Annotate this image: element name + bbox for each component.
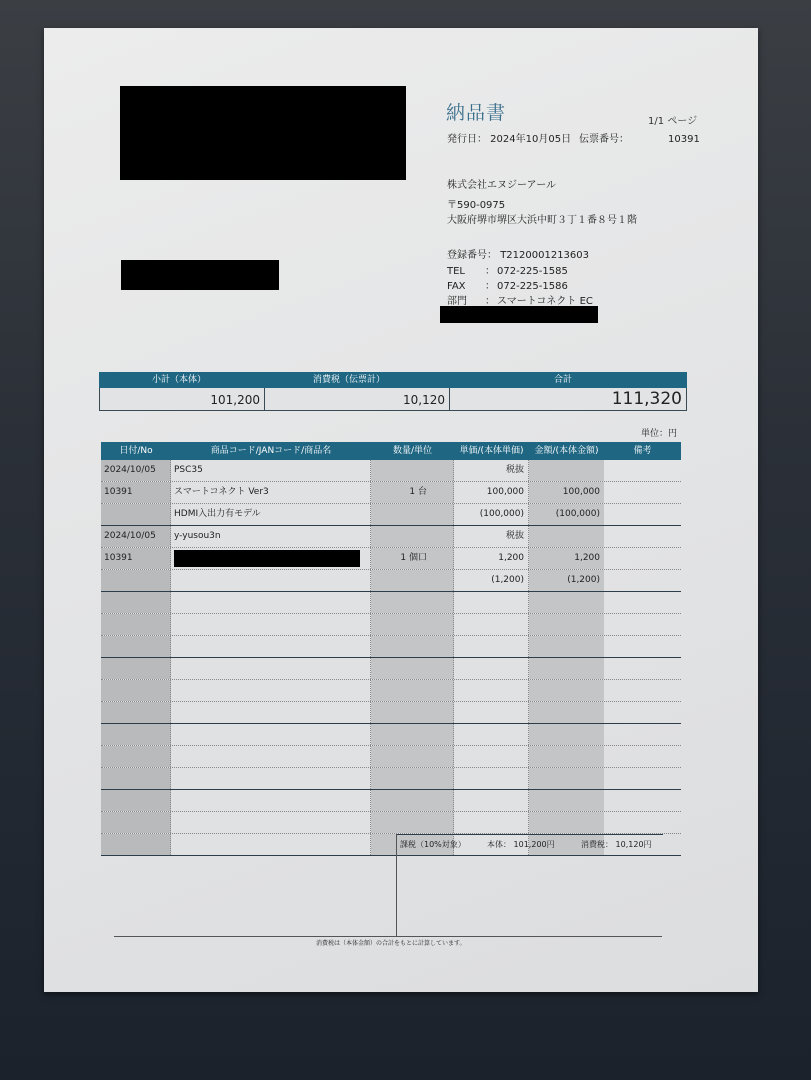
subtotal-value: 101,200 [100, 388, 265, 410]
cell-amount [529, 768, 604, 789]
cell-amount: 100,000 [529, 482, 604, 503]
field-key: 部門 [447, 292, 485, 307]
field-value: 072-225-1585 [497, 266, 568, 277]
cell-price: 税抜 [454, 526, 529, 547]
cell-amount [529, 702, 604, 723]
divider [114, 936, 662, 937]
cell-price [454, 680, 529, 701]
currency-unit: 単位：円 [641, 426, 677, 439]
cell-price [454, 790, 529, 811]
table-row [101, 746, 681, 768]
cell-amount [529, 812, 604, 833]
cell-product [171, 702, 371, 723]
cell-amount [529, 614, 604, 635]
table-row [101, 790, 681, 812]
cell-product [171, 658, 371, 679]
summary-header: 小計（本体） 消費税（伝票計） 合計 [99, 372, 687, 388]
table-row: 2024/10/05PSC35税抜 [101, 460, 681, 482]
cell-qty [371, 746, 454, 767]
cell-date [101, 658, 171, 679]
cell-date [101, 680, 171, 701]
table-row: (1,200)(1,200) [101, 570, 681, 592]
cell-amount [529, 790, 604, 811]
cell-qty: 1 台 [371, 482, 454, 503]
table-row [101, 614, 681, 636]
cell-note [604, 526, 681, 547]
field-key: TEL [447, 266, 485, 277]
table-row [101, 658, 681, 680]
cell-qty [371, 636, 454, 657]
cell-product [171, 614, 371, 635]
cell-date [101, 768, 171, 789]
cell-price [454, 636, 529, 657]
cell-amount: (1,200) [529, 570, 604, 591]
issuer-postal: 〒590-0975 [447, 196, 505, 211]
cell-note [604, 636, 681, 657]
cell-price [454, 614, 529, 635]
table-row: HDMI入出力有モデル(100,000)(100,000) [101, 504, 681, 526]
cell-product [171, 570, 371, 591]
cell-date [101, 702, 171, 723]
cell-amount [529, 460, 604, 481]
tax-value: 10,120 [265, 388, 450, 410]
total-header: 合計 [439, 372, 687, 388]
cell-amount: (100,000) [529, 504, 604, 525]
cell-note [604, 658, 681, 679]
redacted-recipient-block [120, 86, 406, 180]
table-row [101, 812, 681, 834]
table-body: 2024/10/05PSC35税抜10391スマートコネクト Ver31 台10… [101, 460, 681, 856]
col-qty: 数量/単位 [371, 442, 454, 460]
cell-amount [529, 746, 604, 767]
col-product: 商品コード/JANコード/商品名 [171, 442, 371, 460]
cell-date [101, 834, 171, 855]
cell-date [101, 746, 171, 767]
delivery-note-paper: 納品書 1/1 ページ 発行日： 2024年10月05日 伝票番号： 10391… [44, 28, 758, 992]
cell-price: 1,200 [454, 548, 529, 569]
cell-price: 100,000 [454, 482, 529, 503]
cell-note [604, 614, 681, 635]
cell-price [454, 702, 529, 723]
slip-number-label: 伝票番号： [579, 130, 629, 145]
detail-table: 日付/No 商品コード/JANコード/商品名 数量/単位 単価/(本体単価) 金… [101, 442, 681, 856]
table-row [101, 636, 681, 658]
cell-date [101, 570, 171, 591]
cell-date: 2024/10/05 [101, 460, 171, 481]
cell-product [171, 812, 371, 833]
cell-date: 2024/10/05 [101, 526, 171, 547]
cell-qty: 1 個口 [371, 548, 454, 569]
cell-note [604, 790, 681, 811]
total-value: 111,320 [450, 388, 686, 410]
cell-amount [529, 526, 604, 547]
tax-base: 本体： 101,200円 [487, 839, 555, 850]
tax-breakdown: 課税（10%対象） 本体： 101,200円 消費税： 10,120円 [396, 834, 663, 937]
cell-product [171, 548, 371, 569]
slip-number: 10391 [668, 134, 700, 145]
cell-qty [371, 790, 454, 811]
cell-amount [529, 592, 604, 613]
field-key: 登録番号 [447, 250, 487, 261]
table-header: 日付/No 商品コード/JANコード/商品名 数量/単位 単価/(本体単価) 金… [101, 442, 681, 460]
cell-qty [371, 702, 454, 723]
table-row: 2024/10/05y-yusou3n税抜 [101, 526, 681, 548]
cell-date [101, 812, 171, 833]
table-row [101, 702, 681, 724]
cell-note [604, 482, 681, 503]
cell-product [171, 768, 371, 789]
cell-price: (1,200) [454, 570, 529, 591]
cell-product [171, 636, 371, 657]
redacted-recipient-name [121, 260, 279, 290]
cell-amount [529, 658, 604, 679]
subtotal-header: 小計（本体） [99, 372, 259, 388]
cell-product [171, 592, 371, 613]
cell-product [171, 680, 371, 701]
cell-date [101, 592, 171, 613]
cell-price [454, 724, 529, 745]
cell-date [101, 504, 171, 525]
cell-date [101, 790, 171, 811]
cell-product: HDMI入出力有モデル [171, 504, 371, 525]
field-key: FAX [447, 281, 485, 292]
col-price: 単価/(本体単価) [454, 442, 529, 460]
cell-price [454, 746, 529, 767]
cell-product [171, 790, 371, 811]
cell-product: スマートコネクト Ver3 [171, 482, 371, 503]
cell-date [101, 614, 171, 635]
redacted-product-name [174, 550, 360, 567]
cell-qty [371, 460, 454, 481]
field-value: 072-225-1586 [497, 281, 568, 292]
cell-note [604, 570, 681, 591]
cell-qty [371, 724, 454, 745]
col-date: 日付/No [101, 442, 171, 460]
cell-note [604, 702, 681, 723]
cell-product [171, 834, 371, 855]
cell-product: PSC35 [171, 460, 371, 481]
cell-price: 税抜 [454, 460, 529, 481]
cell-qty [371, 570, 454, 591]
page-indicator: 1/1 ページ [648, 112, 697, 127]
table-row [101, 680, 681, 702]
cell-note [604, 768, 681, 789]
cell-amount [529, 636, 604, 657]
field-value: T2120001213603 [500, 250, 589, 261]
tax-category: 課税（10%対象） [400, 839, 466, 850]
cell-amount [529, 680, 604, 701]
cell-product [171, 746, 371, 767]
cell-amount [529, 724, 604, 745]
table-row [101, 724, 681, 746]
table-row [101, 768, 681, 790]
redacted-staff [440, 306, 598, 323]
cell-price [454, 768, 529, 789]
cell-product [171, 724, 371, 745]
cell-note [604, 548, 681, 569]
summary-box: 小計（本体） 消費税（伝票計） 合計 101,200 10,120 111,32… [99, 372, 687, 411]
cell-qty [371, 768, 454, 789]
cell-qty [371, 504, 454, 525]
cell-note [604, 460, 681, 481]
table-row: 10391スマートコネクト Ver31 台100,000100,000 [101, 482, 681, 504]
col-note: 備考 [604, 442, 681, 460]
tax-header: 消費税（伝票計） [259, 372, 439, 388]
cell-date: 10391 [101, 482, 171, 503]
cell-qty [371, 526, 454, 547]
cell-qty [371, 680, 454, 701]
tax-amount: 消費税： 10,120円 [581, 839, 652, 850]
cell-qty [371, 812, 454, 833]
issuer-tel: TEL：072-225-1585 [447, 262, 568, 277]
cell-price: (100,000) [454, 504, 529, 525]
cell-date [101, 636, 171, 657]
issuer-company: 株式会社エヌジーアール [447, 176, 556, 191]
issue-date: 発行日： 2024年10月05日 [447, 130, 571, 145]
cell-price [454, 658, 529, 679]
cell-note [604, 812, 681, 833]
cell-qty [371, 614, 454, 635]
cell-note [604, 504, 681, 525]
cell-note [604, 592, 681, 613]
issuer-fax: FAX：072-225-1586 [447, 277, 568, 292]
table-row: 103911 個口1,2001,200 [101, 548, 681, 570]
cell-price [454, 592, 529, 613]
document-title: 納品書 [446, 98, 506, 125]
cell-product: y-yusou3n [171, 526, 371, 547]
cell-date: 10391 [101, 548, 171, 569]
col-amount: 金額/(本体金額) [529, 442, 604, 460]
issuer-department: 部門：スマートコネクト EC [447, 292, 593, 307]
cell-date [101, 724, 171, 745]
footnote: 消費税は（本体金額）の合計をもとに計算しています。 [316, 938, 466, 947]
cell-note [604, 680, 681, 701]
cell-qty [371, 592, 454, 613]
issuer-registration: 登録番号： T2120001213603 [447, 246, 589, 261]
cell-note [604, 746, 681, 767]
issuer-address: 大阪府堺市堺区大浜中町３丁１番８号１階 [447, 211, 637, 226]
cell-price [454, 812, 529, 833]
table-row [101, 592, 681, 614]
cell-amount: 1,200 [529, 548, 604, 569]
cell-qty [371, 658, 454, 679]
field-value: スマートコネクト EC [497, 296, 593, 307]
cell-note [604, 724, 681, 745]
summary-values: 101,200 10,120 111,320 [99, 388, 687, 411]
